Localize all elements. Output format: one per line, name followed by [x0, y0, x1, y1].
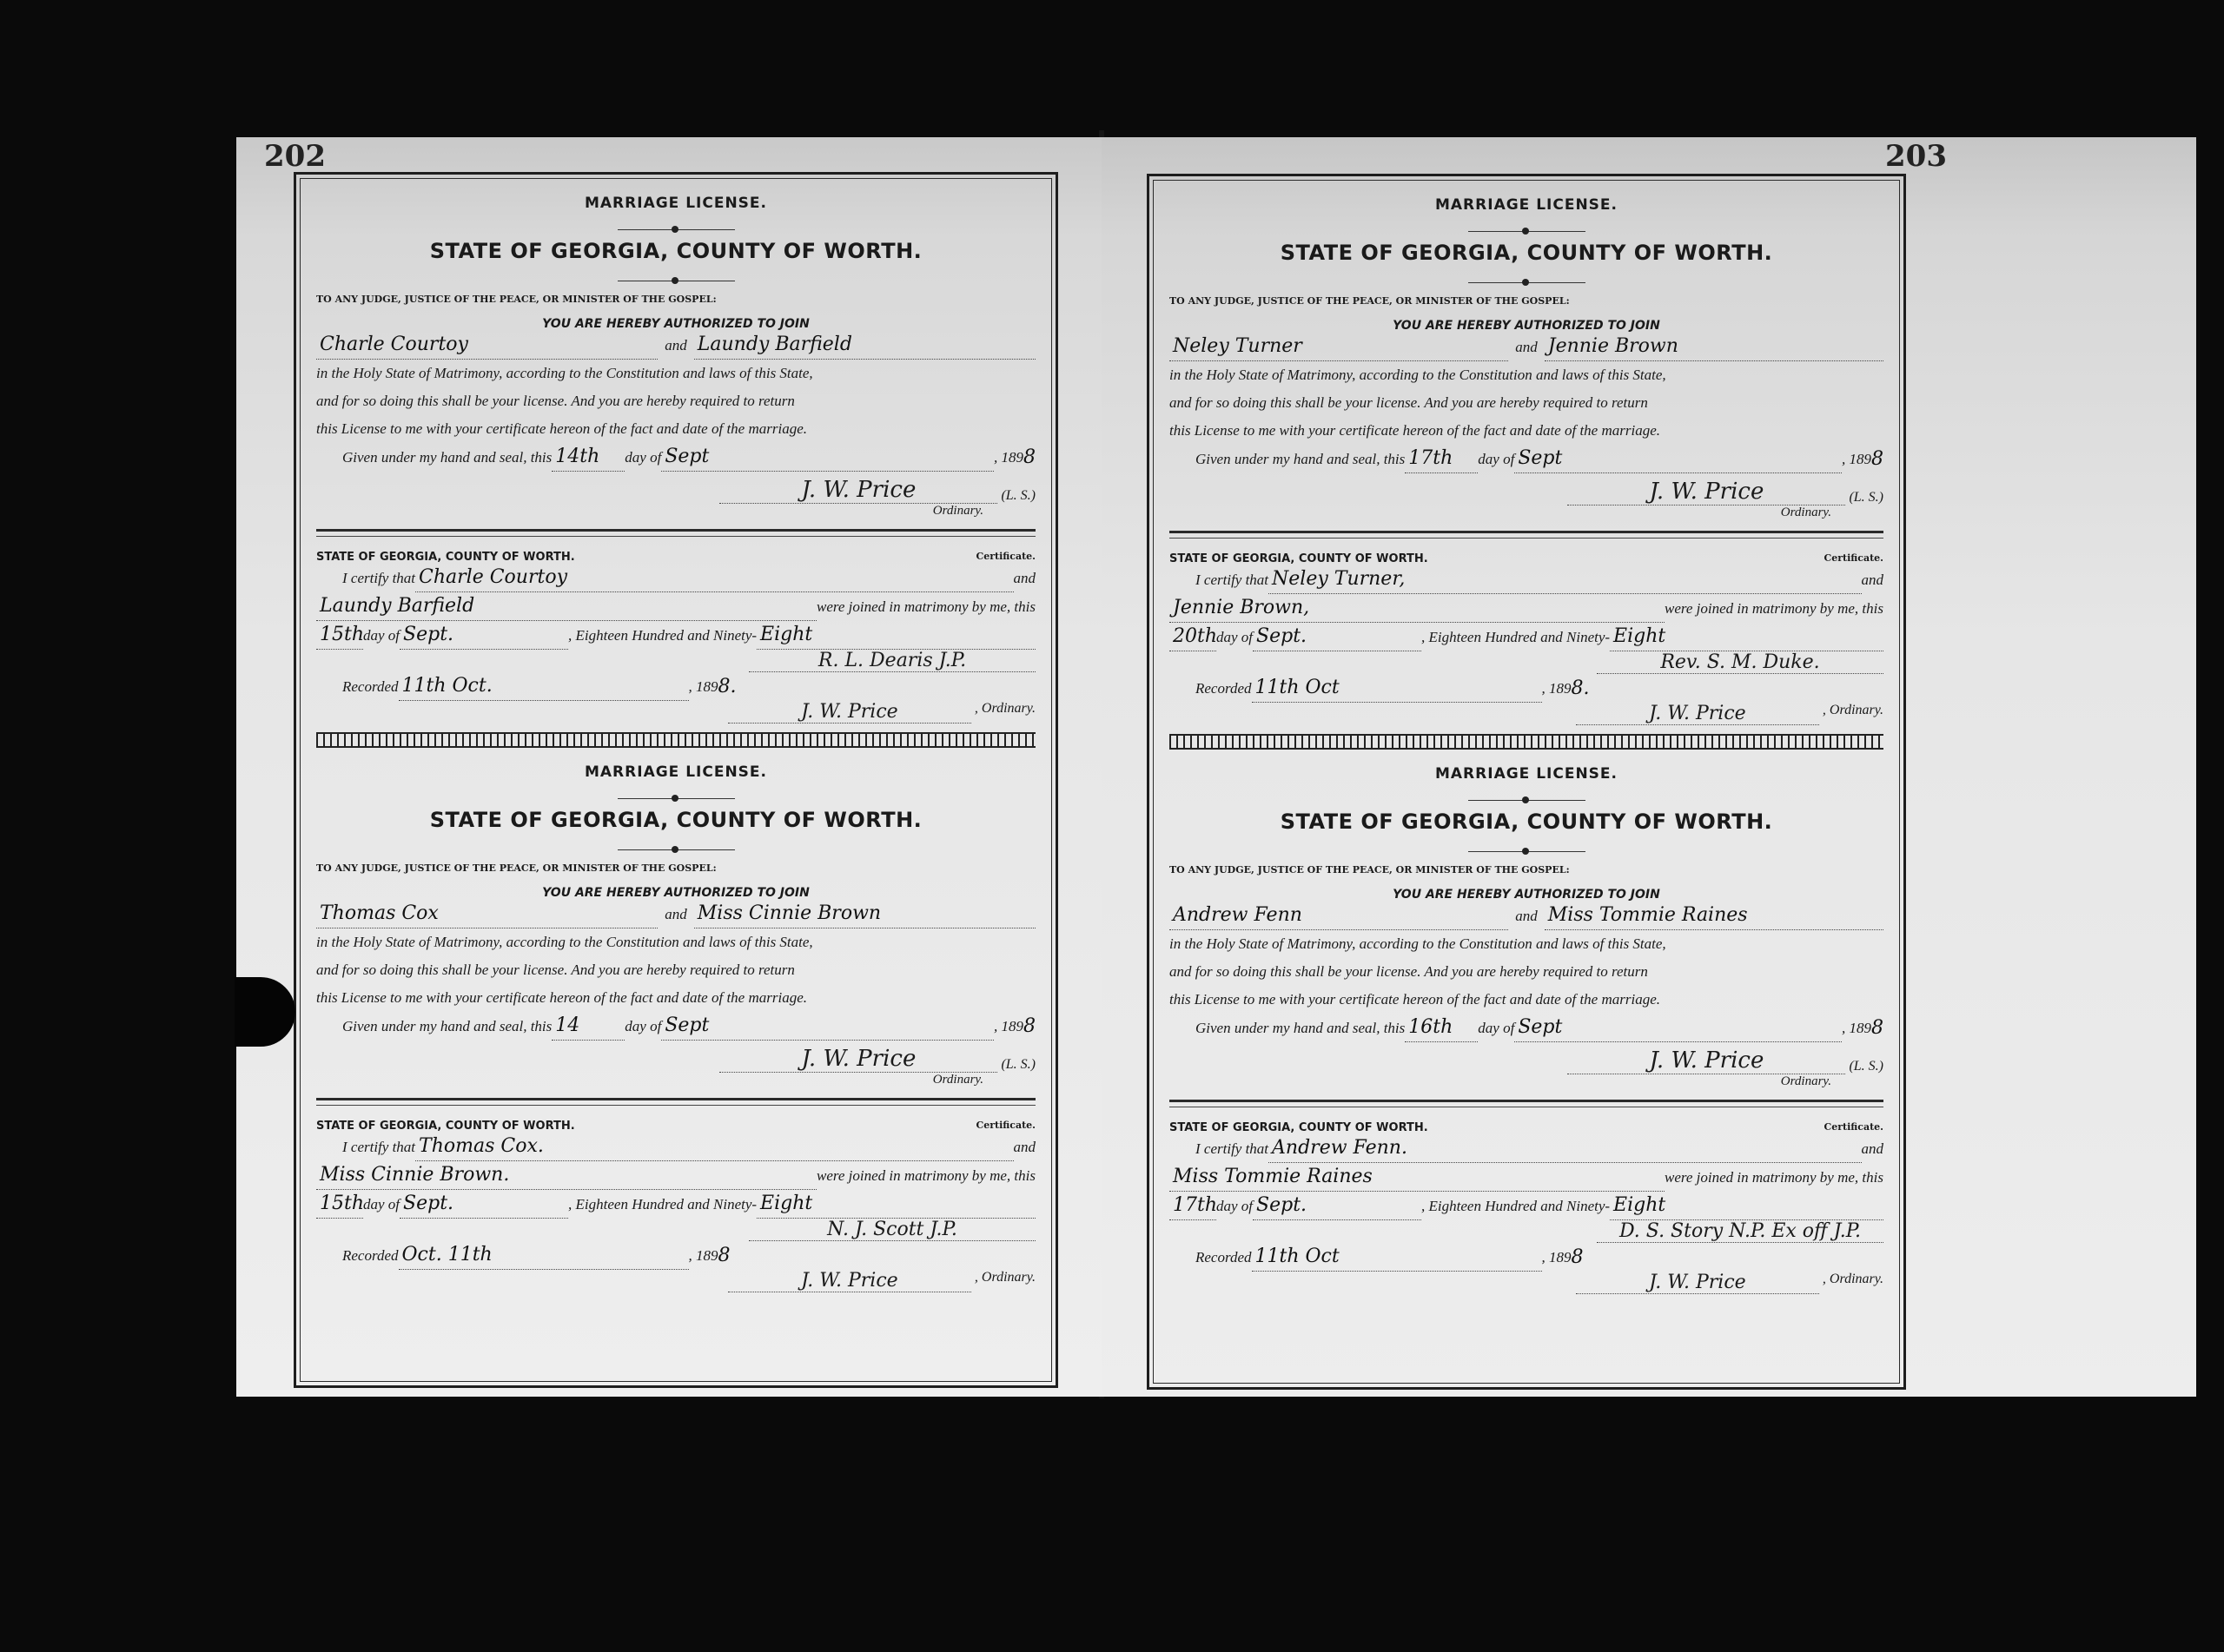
certificate-state-heading: STATE OF GEORGIA, COUNTY OF WORTH. — [316, 1120, 575, 1133]
license-title: MARRIAGE LICENSE. — [1169, 196, 1883, 214]
recorded-line: Recorded Oct. 11th , 189 8 — [316, 1241, 1036, 1270]
cert-ordinary-title: , Ordinary. — [975, 701, 1036, 724]
record-divider — [1169, 734, 1883, 750]
recorded-label: Recorded — [342, 1242, 399, 1270]
bride-name: Laundy Barfield — [694, 331, 1036, 360]
ordinary-signature-row: J. W. Price (L. S.) — [1169, 479, 1883, 506]
state-heading: STATE OF GEORGIA, COUNTY OF WORTH. — [316, 239, 1036, 263]
recorded-year-prefix: , 189 — [689, 1242, 718, 1270]
officiant-row: R. L. Dearis J.P. — [316, 650, 1036, 672]
authorized-line: YOU ARE HEREBY AUTHORIZED TO JOIN — [1169, 888, 1883, 902]
officiant-row: D. S. Story N.P. Ex off J.P. — [1169, 1220, 1883, 1243]
joined-line: Miss Tommie Raines were joined in matrim… — [1169, 1163, 1883, 1192]
cert-day: 15th — [316, 1190, 363, 1219]
ls-seal: (L. S.) — [1001, 488, 1036, 504]
state-heading: STATE OF GEORGIA, COUNTY OF WORTH. — [1169, 809, 1883, 834]
ordinary-signature: J. W. Price — [1567, 1047, 1845, 1074]
ordinary-title: Ordinary. — [316, 1073, 983, 1087]
given-day: 14 — [552, 1012, 625, 1041]
groom-name: Andrew Fenn — [1169, 902, 1508, 930]
page-frame: MARRIAGE LICENSE. STATE OF GEORGIA, COUN… — [294, 172, 1058, 1388]
cert-groom: Thomas Cox. — [415, 1133, 1013, 1161]
state-heading: STATE OF GEORGIA, COUNTY OF WORTH. — [1169, 241, 1883, 265]
license-body-3: this License to me with your certificate… — [316, 415, 1036, 443]
cert-date-line: 15th day of Sept. , Eighteen Hundred and… — [316, 1190, 1036, 1219]
recorded-line: Recorded 11th Oct , 189 8 — [1169, 1243, 1883, 1272]
certificate-header: STATE OF GEORGIA, COUNTY OF WORTH. Certi… — [316, 551, 1036, 564]
year-suffix: 8 — [1023, 444, 1036, 472]
eighteen-hundred-text: , Eighteen Hundred and Ninety- — [568, 1191, 757, 1219]
cert-day: 20th — [1169, 623, 1216, 651]
ls-seal: (L. S.) — [1849, 1059, 1883, 1074]
year-prefix: , 189 — [994, 1013, 1023, 1041]
record-divider — [316, 732, 1036, 748]
ornament-divider — [1468, 274, 1585, 283]
left-page: 202 MARRIAGE LICENSE. STATE OF GEORGIA, … — [236, 137, 1114, 1397]
and-word: and — [658, 332, 694, 360]
ornament-divider — [618, 790, 735, 799]
officiant-signature: D. S. Story N.P. Ex off J.P. — [1597, 1220, 1883, 1243]
address-line: TO ANY JUDGE, JUSTICE OF THE PEACE, OR M… — [316, 294, 1036, 305]
ls-seal: (L. S.) — [1001, 1057, 1036, 1073]
marriage-license: MARRIAGE LICENSE. STATE OF GEORGIA, COUN… — [301, 763, 1051, 1292]
cert-year-word: Eight — [757, 621, 1036, 650]
page-number: 203 — [1885, 139, 1947, 174]
certificate-state-heading: STATE OF GEORGIA, COUNTY OF WORTH. — [1169, 1121, 1428, 1134]
and-word: and — [658, 901, 694, 928]
marriage-license: MARRIAGE LICENSE. STATE OF GEORGIA, COUN… — [301, 195, 1051, 748]
joined-text: were joined in matrimony by me, this — [817, 1162, 1036, 1190]
license-title: MARRIAGE LICENSE. — [1169, 765, 1883, 783]
officiant-row: Rev. S. M. Duke. — [1169, 651, 1883, 674]
and-word: and — [1508, 334, 1545, 361]
ordinary-row: J. W. Price , Ordinary. — [316, 701, 1036, 724]
cert-date-line: 20th day of Sept. , Eighteen Hundred and… — [1169, 623, 1883, 651]
marriage-license: MARRIAGE LICENSE. STATE OF GEORGIA, COUN… — [1154, 196, 1899, 750]
address-line: TO ANY JUDGE, JUSTICE OF THE PEACE, OR M… — [1169, 864, 1883, 876]
joined-line: Miss Cinnie Brown. were joined in matrim… — [316, 1161, 1036, 1190]
license-title: MARRIAGE LICENSE. — [316, 195, 1036, 212]
cert-month: Sept. — [1253, 1192, 1421, 1220]
year-prefix: , 189 — [1842, 446, 1871, 473]
and-word: and — [1014, 565, 1036, 592]
page-frame: MARRIAGE LICENSE. STATE OF GEORGIA, COUN… — [1147, 174, 1906, 1390]
given-month: Sept — [661, 443, 994, 472]
authorized-line: YOU ARE HEREBY AUTHORIZED TO JOIN — [316, 886, 1036, 900]
certificate-label: Certificate. — [1824, 1121, 1883, 1134]
certificate-header: STATE OF GEORGIA, COUNTY OF WORTH. Certi… — [316, 1120, 1036, 1133]
cert-month: Sept. — [1253, 623, 1421, 651]
state-heading: STATE OF GEORGIA, COUNTY OF WORTH. — [316, 808, 1036, 832]
page-frame-inner: MARRIAGE LICENSE. STATE OF GEORGIA, COUN… — [300, 178, 1052, 1382]
year-suffix: 8 — [1871, 1014, 1883, 1042]
certify-line: I certify that Thomas Cox. and — [316, 1133, 1036, 1161]
authorized-line: YOU ARE HEREBY AUTHORIZED TO JOIN — [1169, 319, 1883, 333]
cert-day: 15th — [316, 621, 363, 650]
right-page: 203 MARRIAGE LICENSE. STATE OF GEORGIA, … — [1102, 137, 2196, 1397]
cert-bride: Miss Cinnie Brown. — [316, 1161, 817, 1190]
names-line: Neley Turner and Jennie Brown — [1169, 333, 1883, 361]
cert-year-word: Eight — [1610, 623, 1883, 651]
marriage-license: MARRIAGE LICENSE. STATE OF GEORGIA, COUN… — [1154, 765, 1899, 1294]
names-line: Thomas Cox and Miss Cinnie Brown — [316, 900, 1036, 928]
license-body-3: this License to me with your certificate… — [1169, 417, 1883, 445]
license-body-1: in the Holy State of Matrimony, accordin… — [1169, 361, 1883, 389]
bride-name: Miss Cinnie Brown — [694, 900, 1036, 928]
cert-year-word: Eight — [1610, 1192, 1883, 1220]
license-body-2: and for so doing this shall be your lice… — [1169, 958, 1883, 986]
license-body-1: in the Holy State of Matrimony, accordin… — [316, 928, 1036, 956]
ordinary-signature-row: J. W. Price (L. S.) — [316, 477, 1036, 504]
groom-name: Neley Turner — [1169, 333, 1508, 361]
ornament-divider — [618, 272, 735, 281]
joined-line: Jennie Brown, were joined in matrimony b… — [1169, 594, 1883, 623]
officiant-signature: R. L. Dearis J.P. — [749, 650, 1036, 672]
ordinary-signature-row: J. W. Price (L. S.) — [1169, 1047, 1883, 1074]
joined-line: Laundy Barfield were joined in matrimony… — [316, 592, 1036, 621]
ordinary-signature: J. W. Price — [719, 477, 997, 504]
certificate-state-heading: STATE OF GEORGIA, COUNTY OF WORTH. — [316, 551, 575, 564]
groom-name: Charle Courtoy — [316, 331, 658, 360]
joined-text: were joined in matrimony by me, this — [1665, 1164, 1883, 1192]
ordinary-signature: J. W. Price — [719, 1046, 997, 1073]
recorded-line: Recorded 11th Oct. , 189 8. — [316, 672, 1036, 701]
license-body-3: this License to me with your certificate… — [1169, 986, 1883, 1014]
cert-groom: Andrew Fenn. — [1268, 1134, 1861, 1163]
address-line: TO ANY JUDGE, JUSTICE OF THE PEACE, OR M… — [316, 862, 1036, 874]
page-number: 202 — [264, 139, 326, 174]
given-prefix: Given under my hand and seal, this — [1195, 1014, 1405, 1042]
given-line: Given under my hand and seal, this 17th … — [1169, 445, 1883, 473]
recorded-label: Recorded — [1195, 1244, 1252, 1272]
eighteen-hundred-text: , Eighteen Hundred and Ninety- — [1421, 1193, 1610, 1220]
given-prefix: Given under my hand and seal, this — [1195, 446, 1405, 473]
ordinary-signature-row: J. W. Price (L. S.) — [316, 1046, 1036, 1073]
day-of-label: day of — [1478, 1014, 1514, 1042]
license-body-3: this License to me with your certificate… — [316, 984, 1036, 1012]
officiant-signature: N. J. Scott J.P. — [749, 1219, 1036, 1241]
given-day: 17th — [1405, 445, 1478, 473]
and-word: and — [1862, 1135, 1884, 1163]
cert-ordinary-signature: J. W. Price — [1576, 1272, 1819, 1294]
cert-groom: Neley Turner, — [1268, 565, 1861, 594]
recorded-year-suffix: 8. — [718, 673, 737, 701]
license-body-2: and for so doing this shall be your lice… — [316, 387, 1036, 415]
ordinary-title: Ordinary. — [1169, 506, 1831, 520]
certify-line: I certify that Andrew Fenn. and — [1169, 1134, 1883, 1163]
given-day: 14th — [552, 443, 625, 472]
ordinary-title: Ordinary. — [1169, 1074, 1831, 1089]
cert-ordinary-title: , Ordinary. — [1823, 703, 1883, 725]
recorded-year-suffix: 8 — [718, 1242, 731, 1270]
cert-year-word: Eight — [757, 1190, 1036, 1219]
recorded-date: 11th Oct. — [399, 672, 689, 701]
certify-line: I certify that Charle Courtoy and — [316, 564, 1036, 592]
given-month: Sept — [661, 1012, 994, 1041]
recorded-date: 11th Oct — [1252, 674, 1542, 703]
certificate-label: Certificate. — [976, 551, 1036, 564]
section-divider — [1169, 531, 1883, 539]
recorded-year-prefix: , 189 — [689, 673, 718, 701]
authorized-line: YOU ARE HEREBY AUTHORIZED TO JOIN — [316, 317, 1036, 331]
day-of-label: day of — [1216, 624, 1253, 651]
certificate-header: STATE OF GEORGIA, COUNTY OF WORTH. Certi… — [1169, 552, 1883, 565]
day-of-label: day of — [625, 444, 661, 472]
certify-line: I certify that Neley Turner, and — [1169, 565, 1883, 594]
license-body-1: in the Holy State of Matrimony, accordin… — [316, 360, 1036, 387]
certify-prefix: I certify that — [342, 565, 415, 592]
cert-month: Sept. — [400, 1190, 568, 1219]
license-title: MARRIAGE LICENSE. — [316, 763, 1036, 781]
ordinary-signature: J. W. Price — [1567, 479, 1845, 506]
given-day: 16th — [1405, 1014, 1478, 1042]
groom-name: Thomas Cox — [316, 900, 658, 928]
section-divider — [1169, 1100, 1883, 1107]
officiant-signature: Rev. S. M. Duke. — [1597, 651, 1883, 674]
certificate-header: STATE OF GEORGIA, COUNTY OF WORTH. Certi… — [1169, 1121, 1883, 1134]
names-line: Andrew Fenn and Miss Tommie Raines — [1169, 902, 1883, 930]
given-month: Sept — [1514, 445, 1842, 473]
certify-prefix: I certify that — [1195, 1135, 1268, 1163]
recorded-year-suffix: 8 — [1572, 1244, 1584, 1272]
cert-date-line: 15th day of Sept. , Eighteen Hundred and… — [316, 621, 1036, 650]
cert-ordinary-signature: J. W. Price — [728, 1270, 971, 1292]
day-of-label: day of — [625, 1013, 661, 1041]
and-word: and — [1508, 902, 1545, 930]
ordinary-row: J. W. Price , Ordinary. — [1169, 1272, 1883, 1294]
ornament-divider — [618, 221, 735, 230]
recorded-line: Recorded 11th Oct , 189 8. — [1169, 674, 1883, 703]
year-suffix: 8 — [1023, 1013, 1036, 1041]
license-body-2: and for so doing this shall be your lice… — [1169, 389, 1883, 417]
and-word: and — [1862, 566, 1884, 594]
cert-bride: Jennie Brown, — [1169, 594, 1665, 623]
and-word: and — [1014, 1133, 1036, 1161]
year-prefix: , 189 — [994, 444, 1023, 472]
ordinary-row: J. W. Price , Ordinary. — [1169, 703, 1883, 725]
joined-text: were joined in matrimony by me, this — [1665, 595, 1883, 623]
joined-text: were joined in matrimony by me, this — [817, 593, 1036, 621]
cert-ordinary-title: , Ordinary. — [1823, 1272, 1883, 1294]
page-frame-inner: MARRIAGE LICENSE. STATE OF GEORGIA, COUN… — [1153, 180, 1900, 1384]
ornament-divider — [1468, 222, 1585, 232]
certify-prefix: I certify that — [1195, 566, 1268, 594]
eighteen-hundred-text: , Eighteen Hundred and Ninety- — [1421, 624, 1610, 651]
license-body-1: in the Holy State of Matrimony, accordin… — [1169, 930, 1883, 958]
certificate-label: Certificate. — [976, 1120, 1036, 1133]
license-body-2: and for so doing this shall be your lice… — [316, 956, 1036, 984]
recorded-year-prefix: , 189 — [1542, 1244, 1572, 1272]
ordinary-row: J. W. Price , Ordinary. — [316, 1270, 1036, 1292]
section-divider — [316, 529, 1036, 537]
names-line: Charle Courtoy and Laundy Barfield — [316, 331, 1036, 360]
cert-bride: Miss Tommie Raines — [1169, 1163, 1665, 1192]
given-prefix: Given under my hand and seal, this — [342, 444, 552, 472]
given-month: Sept — [1514, 1014, 1842, 1042]
given-prefix: Given under my hand and seal, this — [342, 1013, 552, 1041]
recorded-label: Recorded — [1195, 675, 1252, 703]
section-divider — [316, 1098, 1036, 1106]
recorded-year-prefix: , 189 — [1542, 675, 1572, 703]
cert-date-line: 17th day of Sept. , Eighteen Hundred and… — [1169, 1192, 1883, 1220]
recorded-year-suffix: 8. — [1572, 675, 1590, 703]
cert-ordinary-signature: J. W. Price — [728, 701, 971, 724]
cert-bride: Laundy Barfield — [316, 592, 817, 621]
officiant-row: N. J. Scott J.P. — [316, 1219, 1036, 1241]
given-line: Given under my hand and seal, this 14 da… — [316, 1012, 1036, 1041]
certificate-label: Certificate. — [1824, 552, 1883, 565]
recorded-date: Oct. 11th — [399, 1241, 689, 1270]
recorded-date: 11th Oct — [1252, 1243, 1542, 1272]
cert-day: 17th — [1169, 1192, 1216, 1220]
recorded-label: Recorded — [342, 673, 399, 701]
day-of-label: day of — [363, 1191, 400, 1219]
ordinary-title: Ordinary. — [316, 504, 983, 519]
cert-ordinary-title: , Ordinary. — [975, 1270, 1036, 1292]
day-of-label: day of — [363, 622, 400, 650]
bride-name: Jennie Brown — [1545, 333, 1883, 361]
day-of-label: day of — [1216, 1193, 1253, 1220]
ornament-divider — [618, 841, 735, 850]
day-of-label: day of — [1478, 446, 1514, 473]
certify-prefix: I certify that — [342, 1133, 415, 1161]
cert-month: Sept. — [400, 621, 568, 650]
address-line: TO ANY JUDGE, JUSTICE OF THE PEACE, OR M… — [1169, 295, 1883, 307]
certificate-state-heading: STATE OF GEORGIA, COUNTY OF WORTH. — [1169, 552, 1428, 565]
given-line: Given under my hand and seal, this 14th … — [316, 443, 1036, 472]
year-suffix: 8 — [1871, 446, 1883, 473]
ls-seal: (L. S.) — [1849, 490, 1883, 506]
ornament-divider — [1468, 843, 1585, 852]
cert-groom: Charle Courtoy — [415, 564, 1013, 592]
year-prefix: , 189 — [1842, 1014, 1871, 1042]
cert-ordinary-signature: J. W. Price — [1576, 703, 1819, 725]
eighteen-hundred-text: , Eighteen Hundred and Ninety- — [568, 622, 757, 650]
ornament-divider — [1468, 791, 1585, 801]
bride-name: Miss Tommie Raines — [1545, 902, 1883, 930]
given-line: Given under my hand and seal, this 16th … — [1169, 1014, 1883, 1042]
